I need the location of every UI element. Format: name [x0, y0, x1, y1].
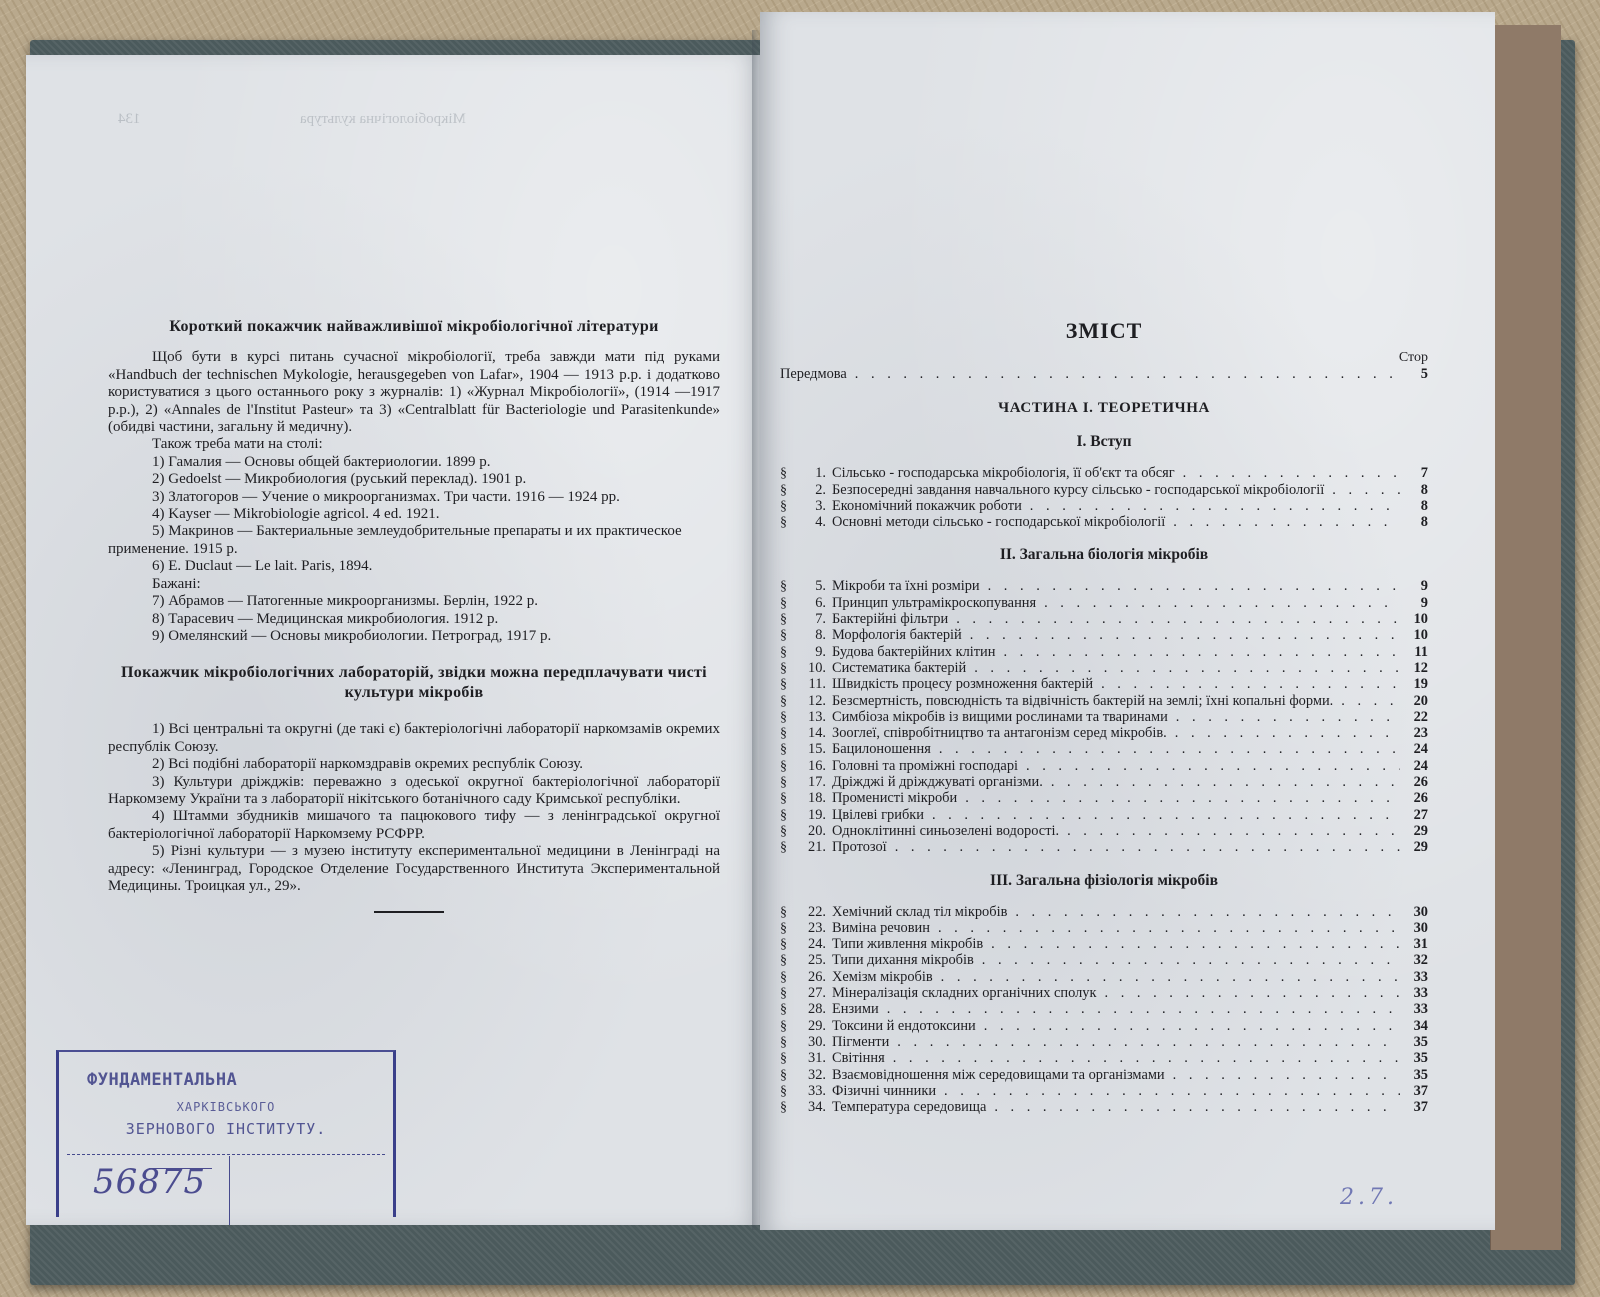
section-page: 35 — [1406, 1067, 1428, 1083]
section-page: 33 — [1406, 985, 1428, 1001]
desired-label: Бажані: — [108, 576, 720, 593]
section-mark-icon: § — [780, 953, 796, 969]
section-page: 23 — [1406, 725, 1428, 741]
laboratories-list: 1) Всі центральні та округні (де такі є)… — [108, 721, 720, 895]
preface-title: Передмова — [780, 366, 847, 382]
section-mark-icon: § — [780, 694, 796, 710]
section-number: 8. — [796, 627, 826, 643]
section-mark-icon: § — [780, 791, 796, 807]
section-mark-icon: § — [780, 1051, 796, 1067]
dot-leader — [1067, 823, 1400, 839]
toc-entry: §23.Виміна речовин30 — [780, 920, 1428, 936]
section-mark-icon: § — [780, 905, 796, 921]
section-number: 16. — [796, 758, 826, 774]
toc-entry: §7.Бактерійні фільтри10 — [780, 611, 1428, 627]
dot-leader — [1173, 514, 1400, 530]
section-mark-icon: § — [780, 1035, 796, 1051]
section-page: 26 — [1406, 790, 1428, 806]
toc-entry: §10.Систематика бактерій12 — [780, 660, 1428, 676]
dot-leader — [994, 1099, 1400, 1115]
dot-leader — [1176, 709, 1400, 725]
dot-leader — [982, 952, 1400, 968]
section-number: 25. — [796, 952, 826, 968]
dot-leader — [1026, 758, 1400, 774]
stamp-line-1: ФУНДАМЕНТАЛЬНА — [87, 1070, 237, 1090]
section-mark-icon: § — [780, 1068, 796, 1084]
section-page: 8 — [1406, 482, 1428, 498]
library-stamp: ФУНДАМЕНТАЛЬНА ХАРКІВСЬКОГО ЗЕРНОВОГО ІН… — [56, 1050, 396, 1217]
section-page: 37 — [1406, 1083, 1428, 1099]
section-number: 10. — [796, 660, 826, 676]
section-number: 31. — [796, 1050, 826, 1066]
section-page: 31 — [1406, 936, 1428, 952]
section-number: 24. — [796, 936, 826, 952]
toc-entry: §20.Одноклітинні синьозелені водорості.2… — [780, 823, 1428, 839]
section-page: 10 — [1406, 611, 1428, 627]
pencil-note: 2.7. — [1340, 1185, 1398, 1210]
section-page: 35 — [1406, 1050, 1428, 1066]
section-title: Бактерійні фільтри — [832, 611, 948, 627]
section-page: 33 — [1406, 1001, 1428, 1017]
section-title: Швидкість процесу розмноження бактерій — [832, 676, 1093, 692]
section-mark-icon: § — [780, 645, 796, 661]
dot-leader — [1044, 595, 1400, 611]
section-title: Головні та проміжні господарі — [832, 758, 1018, 774]
dot-leader — [970, 627, 1400, 643]
toc-entry: §17.Дріжджі й дріжджуваті організми.26 — [780, 774, 1428, 790]
section-mark-icon: § — [780, 921, 796, 937]
section-mark-icon: § — [780, 677, 796, 693]
literature-item: 3) Златогоров — Учение о микроорганизмах… — [108, 489, 720, 506]
section-number: 17. — [796, 774, 826, 790]
literature-item: 7) Абрамов — Патогенные микроорганизмы. … — [108, 593, 720, 610]
section-mark-icon: § — [780, 710, 796, 726]
section-title: Типи живлення мікробів — [832, 936, 983, 952]
section-number: 21. — [796, 839, 826, 855]
section-page: 22 — [1406, 709, 1428, 725]
section-mark-icon: § — [780, 986, 796, 1002]
section-mark-icon: § — [780, 515, 796, 531]
section-mark-icon: § — [780, 1019, 796, 1035]
stamp-line-3: ЗЕРНОВОГО ІНСТИТУТУ. — [59, 1120, 393, 1138]
laboratory-item: 5) Різні культури — з музею інституту ек… — [108, 843, 720, 895]
stamp-line-2: ХАРКІВСЬКОГО — [59, 1100, 393, 1114]
section-title: Сільсько - господарська мікробіологія, ї… — [832, 465, 1175, 481]
section-number: 9. — [796, 644, 826, 660]
toc-title: ЗМІСТ — [780, 318, 1428, 344]
section-title: Основні методи сільсько - господарської … — [832, 514, 1165, 530]
section-mark-icon: § — [780, 824, 796, 840]
toc-entry: §31.Світіння35 — [780, 1050, 1428, 1066]
section-page: 32 — [1406, 952, 1428, 968]
section-number: 18. — [796, 790, 826, 806]
toc-entry: §26.Хемізм мікробів33 — [780, 969, 1428, 985]
part-title: ЧАСТИНА I. ТЕОРЕТИЧНА — [780, 400, 1428, 417]
required-literature-list: 1) Гамалия — Основы общей бактериологии.… — [108, 454, 720, 576]
dot-leader — [893, 1050, 1400, 1066]
section-title: Променисті мікроби — [832, 790, 957, 806]
section-page: 8 — [1406, 498, 1428, 514]
dot-leader — [965, 790, 1400, 806]
dot-leader — [939, 741, 1400, 757]
section-page: 24 — [1406, 758, 1428, 774]
dot-leader — [1105, 985, 1401, 1001]
literature-item: 2) Gedoelst — Микробиология (руський пер… — [108, 471, 720, 488]
section-number: 30. — [796, 1034, 826, 1050]
table-of-contents: ЗМІСТ Стор Передмова 5 ЧАСТИНА I. ТЕОРЕТ… — [780, 318, 1428, 1115]
literature-item: 5) Макринов — Бактериальные землеудобрит… — [108, 523, 720, 558]
dot-leader — [991, 936, 1400, 952]
inventory-number: 56875 — [93, 1162, 206, 1202]
dot-leader — [897, 1034, 1400, 1050]
section-mark-icon: § — [780, 840, 796, 856]
toc-entry: §2.Безпосередні завдання навчального кур… — [780, 482, 1428, 498]
toc-entry: §21.Протозої29 — [780, 839, 1428, 855]
toc-entry: §5.Мікроби та їхні розміри9 — [780, 578, 1428, 594]
laboratory-item: 3) Культури дріжджів: переважно з одеськ… — [108, 774, 720, 809]
page-column-label: Стор — [780, 350, 1428, 366]
section-title: Економічний покажчик роботи — [832, 498, 1022, 514]
section-mark-icon: § — [780, 1002, 796, 1018]
dot-leader — [1051, 774, 1400, 790]
section-page: 26 — [1406, 774, 1428, 790]
section-number: 12. — [796, 693, 826, 709]
section-mark-icon: § — [780, 726, 796, 742]
section-mark-icon: § — [780, 579, 796, 595]
literature-item: 1) Гамалия — Основы общей бактериологии.… — [108, 454, 720, 471]
section-number: 34. — [796, 1099, 826, 1115]
toc-entry: §18.Променисті мікроби26 — [780, 790, 1428, 806]
cover-board-edge — [1490, 25, 1561, 1250]
section-page: 9 — [1406, 595, 1428, 611]
section-title: Симбіоза мікробів із вищими рослинами та… — [832, 709, 1168, 725]
section-page: 7 — [1406, 465, 1428, 481]
toc-entry: §16.Головні та проміжні господарі24 — [780, 758, 1428, 774]
toc-entry: §9.Будова бактерійних клітин11 — [780, 644, 1428, 660]
section-number: 26. — [796, 969, 826, 985]
section-mark-icon: § — [780, 628, 796, 644]
section-title: Систематика бактерій — [832, 660, 966, 676]
toc-entry: §4.Основні методи сільсько - господарськ… — [780, 514, 1428, 530]
section-number: 27. — [796, 985, 826, 1001]
section-page: 11 — [1406, 644, 1428, 660]
chapter-title: I. Вступ — [780, 433, 1428, 451]
section-mark-icon: § — [780, 661, 796, 677]
toc-entry: §8.Морфологія бактерій10 — [780, 627, 1428, 643]
toc-entry: §28.Ензими33 — [780, 1001, 1428, 1017]
section-number: 7. — [796, 611, 826, 627]
toc-entry: §14.Зооглеї, співробітництво та антагоні… — [780, 725, 1428, 741]
dot-leader — [944, 1083, 1400, 1099]
dot-leader — [938, 920, 1400, 936]
section-title: Пігменти — [832, 1034, 889, 1050]
toc-entry: §13.Симбіоза мікробів із вищими рослинам… — [780, 709, 1428, 725]
section-title: Взаємовідношення між середовищами та орг… — [832, 1067, 1165, 1083]
laboratory-item: 1) Всі центральні та округні (де такі є)… — [108, 721, 720, 756]
section-number: 1. — [796, 465, 826, 481]
section-number: 29. — [796, 1018, 826, 1034]
chapter-title: III. Загальна фізіологія мікробів — [780, 872, 1428, 890]
section-page: 20 — [1406, 693, 1428, 709]
preface-page: 5 — [1406, 366, 1428, 382]
dot-leader — [855, 366, 1400, 382]
section-page: 29 — [1406, 839, 1428, 855]
section-number: 15. — [796, 741, 826, 757]
section-title: Морфологія бактерій — [832, 627, 962, 643]
section-title: Мікроби та їхні розміри — [832, 578, 980, 594]
section-title: Безпосередні завдання навчального курсу … — [832, 482, 1324, 498]
section-page: 33 — [1406, 969, 1428, 985]
chapter-title: II. Загальна біологія мікробів — [780, 546, 1428, 564]
toc-chapters: I. Вступ§1.Сільсько - господарська мікро… — [780, 433, 1428, 1115]
dot-leader — [887, 1001, 1400, 1017]
literature-item: 6) E. Duclaut — Le lait. Paris, 1894. — [108, 558, 720, 575]
section-title: Одноклітинні синьозелені водорості. — [832, 823, 1059, 839]
section-number: 22. — [796, 904, 826, 920]
toc-entry: §15.Бацилоношення24 — [780, 741, 1428, 757]
toc-entry: §34.Температура середовища37 — [780, 1099, 1428, 1115]
section-title: Хемізм мікробів — [832, 969, 933, 985]
literature-heading: Короткий покажчик найважливішої мікробіо… — [108, 318, 720, 335]
section-title: Типи дихання мікробів — [832, 952, 974, 968]
section-mark-icon: § — [780, 759, 796, 775]
section-title: Зооглеї, співробітництво та антагонізм с… — [832, 725, 1167, 741]
section-mark-icon: § — [780, 1100, 796, 1116]
toc-entry: §27.Мінералізація складних органічних сп… — [780, 985, 1428, 1001]
section-number: 20. — [796, 823, 826, 839]
toc-entry: §22.Хемічний склад тіл мікробів30 — [780, 904, 1428, 920]
dot-leader — [932, 807, 1400, 823]
dot-leader — [988, 578, 1400, 594]
toc-entry: §29.Токсини й ендотоксини34 — [780, 1018, 1428, 1034]
section-page: 8 — [1406, 514, 1428, 530]
section-title: Цвілеві грибки — [832, 807, 924, 823]
section-title: Ензими — [832, 1001, 879, 1017]
section-title: Виміна речовин — [832, 920, 930, 936]
section-title: Принцип ультрамікроскопування — [832, 595, 1036, 611]
section-number: 14. — [796, 725, 826, 741]
dot-leader — [1003, 644, 1400, 660]
dot-leader — [956, 611, 1400, 627]
section-title: Фізичні чинники — [832, 1083, 936, 1099]
section-page: 10 — [1406, 627, 1428, 643]
section-number: 19. — [796, 807, 826, 823]
section-title: Безсмертність, повсюдність та відвічніст… — [832, 693, 1333, 709]
section-mark-icon: § — [780, 596, 796, 612]
section-mark-icon: § — [780, 937, 796, 953]
toc-entry: §25.Типи дихання мікробів32 — [780, 952, 1428, 968]
section-mark-icon: § — [780, 742, 796, 758]
section-number: 32. — [796, 1067, 826, 1083]
dot-leader — [1332, 482, 1400, 498]
toc-entry: §30.Пігменти35 — [780, 1034, 1428, 1050]
section-number: 5. — [796, 578, 826, 594]
section-mark-icon: § — [780, 808, 796, 824]
section-title: Хемічний склад тіл мікробів — [832, 904, 1007, 920]
section-number: 3. — [796, 498, 826, 514]
stamp-divider — [67, 1154, 385, 1155]
left-page-content: Короткий покажчик найважливішої мікробіо… — [108, 318, 720, 895]
section-title: Токсини й ендотоксини — [832, 1018, 976, 1034]
section-title: Температура середовища — [832, 1099, 986, 1115]
section-number: 6. — [796, 595, 826, 611]
section-number: 11. — [796, 676, 826, 692]
section-number: 13. — [796, 709, 826, 725]
dot-leader — [984, 1018, 1400, 1034]
section-mark-icon: § — [780, 466, 796, 482]
dot-leader — [1101, 676, 1400, 692]
section-mark-icon: § — [780, 970, 796, 986]
toc-entry: §12.Безсмертність, повсюдність та відвіч… — [780, 693, 1428, 709]
laboratory-item: 4) Штамми збудників мишачого та пацюково… — [108, 808, 720, 843]
dot-leader — [1015, 904, 1400, 920]
section-page: 30 — [1406, 920, 1428, 936]
section-page: 29 — [1406, 823, 1428, 839]
toc-entry: §6.Принцип ультрамікроскопування9 — [780, 595, 1428, 611]
dot-leader — [1173, 1067, 1400, 1083]
section-page: 19 — [1406, 676, 1428, 692]
section-divider-rule — [374, 911, 444, 913]
dot-leader — [1341, 693, 1400, 709]
toc-entry: §33.Фізичні чинники37 — [780, 1083, 1428, 1099]
toc-entry: §3.Економічний покажчик роботи8 — [780, 498, 1428, 514]
section-number: 2. — [796, 482, 826, 498]
section-page: 12 — [1406, 660, 1428, 676]
section-page: 27 — [1406, 807, 1428, 823]
section-mark-icon: § — [780, 1084, 796, 1100]
dot-leader — [1183, 465, 1400, 481]
section-mark-icon: § — [780, 483, 796, 499]
section-number: 4. — [796, 514, 826, 530]
toc-preface: Передмова 5 — [780, 366, 1428, 382]
section-number: 28. — [796, 1001, 826, 1017]
section-title: Будова бактерійних клітин — [832, 644, 995, 660]
laboratories-heading: Покажчик мікробіологічних лабораторій, з… — [108, 663, 720, 703]
section-number: 23. — [796, 920, 826, 936]
toc-entry: §32.Взаємовідношення між середовищами та… — [780, 1067, 1428, 1083]
required-label: Також треба мати на столі: — [108, 436, 720, 453]
laboratory-item: 2) Всі подібні лабораторії наркомздравів… — [108, 756, 720, 773]
dot-leader — [1030, 498, 1400, 514]
toc-entry: §11.Швидкість процесу розмноження бактер… — [780, 676, 1428, 692]
section-title: Протозої — [832, 839, 887, 855]
toc-entry: §24.Типи живлення мікробів31 — [780, 936, 1428, 952]
literature-item: 8) Тарасевич — Медицинская микробиология… — [108, 611, 720, 628]
section-page: 24 — [1406, 741, 1428, 757]
dot-leader — [1175, 725, 1400, 741]
toc-entry: §1.Сільсько - господарська мікробіологія… — [780, 465, 1428, 481]
section-page: 9 — [1406, 578, 1428, 594]
section-number: 33. — [796, 1083, 826, 1099]
toc-entry: §19.Цвілеві грибки27 — [780, 807, 1428, 823]
section-mark-icon: § — [780, 775, 796, 791]
literature-item: 9) Омелянский — Основы микробиологии. Пе… — [108, 628, 720, 645]
section-title: Мінералізація складних органічних сполук — [832, 985, 1097, 1001]
section-title: Бацилоношення — [832, 741, 931, 757]
dot-leader — [941, 969, 1400, 985]
section-page: 35 — [1406, 1034, 1428, 1050]
section-title: Світіння — [832, 1050, 885, 1066]
literature-intro: Щоб бути в курсі питань сучасної мікробі… — [108, 349, 720, 436]
desired-literature-list: 7) Абрамов — Патогенные микроорганизмы. … — [108, 593, 720, 645]
dot-leader — [974, 660, 1400, 676]
literature-item: 4) Kayser — Mikrobiologie agricol. 4 ed.… — [108, 506, 720, 523]
dot-leader — [895, 839, 1400, 855]
section-page: 34 — [1406, 1018, 1428, 1034]
section-title: Дріжджі й дріжджуваті організми. — [832, 774, 1043, 790]
stamp-vertical-divider — [229, 1156, 230, 1225]
section-page: 30 — [1406, 904, 1428, 920]
section-mark-icon: § — [780, 499, 796, 515]
section-mark-icon: § — [780, 612, 796, 628]
section-page: 37 — [1406, 1099, 1428, 1115]
